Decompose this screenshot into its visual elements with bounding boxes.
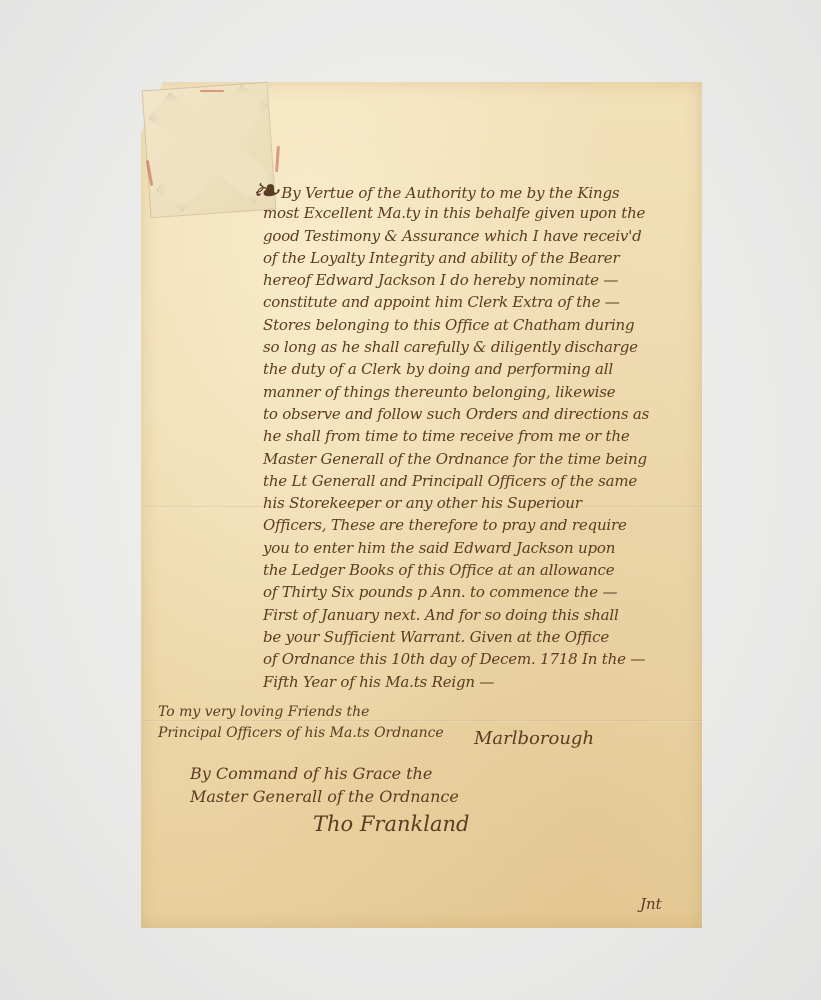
body-line: the duty of a Clerk by doing and perform…: [263, 358, 703, 380]
body-line: to observe and follow such Orders and di…: [263, 403, 703, 425]
body-line: constitute and appoint him Clerk Extra o…: [263, 291, 703, 313]
body-line: the Ledger Books of this Office at an al…: [263, 559, 703, 581]
docket-mark: Jnt: [640, 895, 662, 913]
body-line: hereof Edward Jackson I do hereby nomina…: [263, 269, 703, 291]
command-line: Master Generall of the Ordnance: [190, 785, 459, 808]
wax-trace-mark: [200, 90, 224, 92]
body-line: good Testimony & Assurance which I have …: [263, 225, 703, 247]
body-line: of the Loyalty Integrity and ability of …: [263, 247, 703, 269]
body-line: ❧By Vertue of the Authority to me by the…: [263, 180, 703, 202]
body-line: manner of things thereunto belonging, li…: [263, 381, 703, 403]
body-line: he shall from time to time receive from …: [263, 425, 703, 447]
body-line: First of January next. And for so doing …: [263, 604, 703, 626]
body-line: so long as he shall carefully & diligent…: [263, 336, 703, 358]
body-line: you to enter him the said Edward Jackson…: [263, 537, 703, 559]
signature-frankland: Tho Frankland: [313, 812, 469, 836]
body-line: his Storekeeper or any other his Superio…: [263, 492, 703, 514]
addressee-block: To my very loving Friends the Principal …: [158, 702, 444, 744]
body-line: Fifth Year of his Ma.ts Reign —: [263, 671, 703, 693]
addressee-line: Principal Officers of his Ma.ts Ordnance: [158, 723, 444, 744]
body-line: Master Generall of the Ordnance for the …: [263, 448, 703, 470]
body-line: of Ordnance this 10th day of Decem. 1718…: [263, 648, 703, 670]
body-line: the Lt Generall and Principall Officers …: [263, 470, 703, 492]
command-attestation: By Command of his Grace the Master Gener…: [190, 762, 459, 808]
warrant-body-text: ❧By Vertue of the Authority to me by the…: [263, 180, 703, 693]
body-line: be your Sufficient Warrant. Given at the…: [263, 626, 703, 648]
body-line: Officers, These are therefore to pray an…: [263, 514, 703, 536]
body-line: most Excellent Ma.ty in this behalfe giv…: [263, 202, 703, 224]
body-line: of Thirty Six pounds p Ann. to commence …: [263, 581, 703, 603]
command-line: By Command of his Grace the: [190, 762, 459, 785]
body-line: Stores belonging to this Office at Chath…: [263, 314, 703, 336]
signature-marlborough: Marlborough: [474, 728, 594, 749]
addressee-line: To my very loving Friends the: [158, 702, 444, 723]
